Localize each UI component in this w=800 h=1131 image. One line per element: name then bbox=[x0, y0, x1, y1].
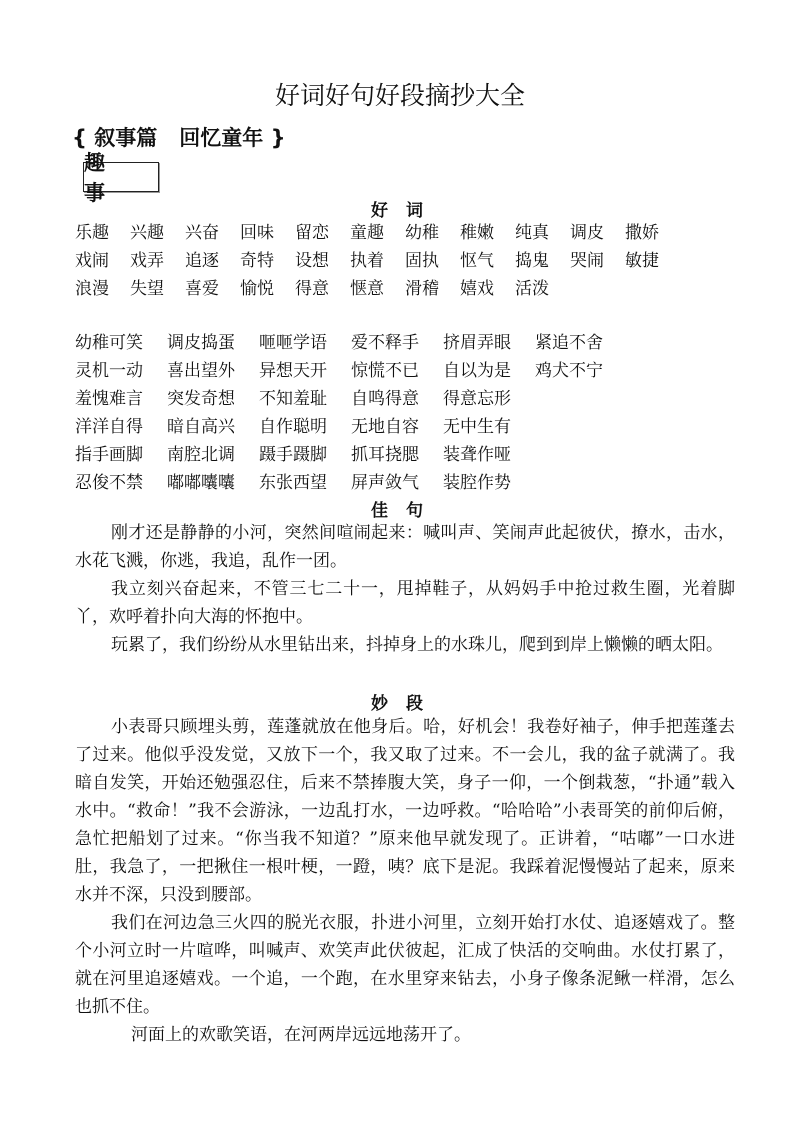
good-words-grid: 乐趣兴趣兴奋回味留恋童趣幼稚稚嫩纯真调皮撒娇戏闹戏弄追逐奇特设想执着固执怄气捣鬼… bbox=[75, 219, 680, 303]
good-paragraphs: 小表哥只顾埋头剪，莲蓬就放在他身后。哈，好机会！我卷好袖子，伸手把莲蓬去了过来。… bbox=[75, 713, 735, 1049]
word-row: 洋洋自得暗自高兴自作聪明无地自容无中生有 bbox=[75, 413, 627, 441]
word-row: 戏闹戏弄追逐奇特设想执着固执怄气捣鬼哭闹敏捷 bbox=[75, 247, 680, 275]
word-item: 设想 bbox=[295, 247, 350, 275]
word-row: 幼稚可笑调皮捣蛋咂咂学语爱不释手挤眉弄眼紧追不舍 bbox=[75, 329, 627, 357]
word-item: 蹑手蹑脚 bbox=[259, 441, 351, 469]
topic-label-box: 趣 事 bbox=[83, 162, 159, 192]
sentence-paragraph: 玩累了，我们纷纷从水里钻出来，抖掉身上的水珠儿，爬到到岸上懒懒的晒太阳。 bbox=[75, 631, 735, 659]
word-item: 失望 bbox=[130, 275, 185, 303]
word-item: 突发奇想 bbox=[167, 385, 259, 413]
word-item: 乐趣 bbox=[75, 219, 130, 247]
word-item: 自作聪明 bbox=[259, 413, 351, 441]
word-item: 惬意 bbox=[350, 275, 405, 303]
word-item: 奇特 bbox=[240, 247, 295, 275]
good-paragraphs-heading: 妙 段 bbox=[0, 689, 800, 714]
word-item: 灵机一动 bbox=[75, 357, 167, 385]
word-item: 装聋作哑 bbox=[443, 441, 535, 469]
word-item: 戏弄 bbox=[130, 247, 185, 275]
word-item: 咂咂学语 bbox=[259, 329, 351, 357]
word-item: 幼稚 bbox=[405, 219, 460, 247]
word-item: 追逐 bbox=[185, 247, 240, 275]
word-item: 无中生有 bbox=[443, 413, 535, 441]
word-item: 兴趣 bbox=[130, 219, 185, 247]
word-item: 装腔作势 bbox=[443, 469, 535, 497]
word-item: 滑稽 bbox=[405, 275, 460, 303]
word-item: 嘟嘟囔囔 bbox=[167, 469, 259, 497]
word-item: 执着 bbox=[350, 247, 405, 275]
word-row: 指手画脚南腔北调蹑手蹑脚抓耳挠腮装聋作哑 bbox=[75, 441, 627, 469]
word-item: 活泼 bbox=[515, 275, 570, 303]
idioms-grid: 幼稚可笑调皮捣蛋咂咂学语爱不释手挤眉弄眼紧追不舍灵机一动喜出望外异想天开惊慌不已… bbox=[75, 329, 627, 497]
section-theme: 回忆童年 bbox=[179, 126, 263, 150]
word-item: 得意忘形 bbox=[443, 385, 535, 413]
word-item: 敏捷 bbox=[625, 247, 680, 275]
word-item: 调皮 bbox=[570, 219, 625, 247]
word-item: 抓耳挠腮 bbox=[351, 441, 443, 469]
word-item: 戏闹 bbox=[75, 247, 130, 275]
excerpt-paragraph: 我们在河边急三火四的脱光衣服，扑进小河里，立刻开始打水仗、追逐嬉戏了。整个小河立… bbox=[75, 909, 735, 1021]
sentence-paragraph: 我立刻兴奋起来，不管三七二十一，甩掉鞋子，从妈妈手中抢过救生圈，光着脚丫，欢呼着… bbox=[75, 575, 735, 631]
word-row: 灵机一动喜出望外异想天开惊慌不已自以为是鸡犬不宁 bbox=[75, 357, 627, 385]
word-item: 捣鬼 bbox=[515, 247, 570, 275]
word-item: 紧追不舍 bbox=[535, 329, 627, 357]
word-item: 喜出望外 bbox=[167, 357, 259, 385]
word-item: 惊慌不已 bbox=[351, 357, 443, 385]
word-item: 羞愧难言 bbox=[75, 385, 167, 413]
word-item: 屏声敛气 bbox=[351, 469, 443, 497]
word-item: 挤眉弄眼 bbox=[443, 329, 535, 357]
word-item: 洋洋自得 bbox=[75, 413, 167, 441]
close-brace: } bbox=[271, 126, 286, 150]
word-row: 浪漫失望喜爱愉悦得意惬意滑稽嬉戏活泼 bbox=[75, 275, 680, 303]
good-sentences-heading: 佳 句 bbox=[0, 496, 800, 521]
sentence-paragraph: 刚才还是静静的小河，突然间喧闹起来：喊叫声、笑闹声此起彼伏，撩水，击水，水花飞溅… bbox=[75, 519, 735, 575]
word-item: 浪漫 bbox=[75, 275, 130, 303]
word-item: 幼稚可笑 bbox=[75, 329, 167, 357]
word-item: 自鸣得意 bbox=[351, 385, 443, 413]
word-item: 暗自高兴 bbox=[167, 413, 259, 441]
word-item: 不知羞耻 bbox=[259, 385, 351, 413]
word-item: 调皮捣蛋 bbox=[167, 329, 259, 357]
word-item: 哭闹 bbox=[570, 247, 625, 275]
word-item: 得意 bbox=[295, 275, 350, 303]
word-item: 撒娇 bbox=[625, 219, 680, 247]
word-item: 童趣 bbox=[350, 219, 405, 247]
word-row: 忍俊不禁嘟嘟囔囔东张西望屏声敛气装腔作势 bbox=[75, 469, 627, 497]
word-item: 喜爱 bbox=[185, 275, 240, 303]
word-item: 指手画脚 bbox=[75, 441, 167, 469]
word-item: 自以为是 bbox=[443, 357, 535, 385]
word-item: 固执 bbox=[405, 247, 460, 275]
word-item: 鸡犬不宁 bbox=[535, 357, 627, 385]
excerpt-paragraph: 小表哥只顾埋头剪，莲蓬就放在他身后。哈，好机会！我卷好袖子，伸手把莲蓬去了过来。… bbox=[75, 713, 735, 909]
excerpt-paragraph: 河面上的欢歌笑语，在河两岸远远地荡开了。 bbox=[75, 1021, 735, 1049]
word-item: 兴奋 bbox=[185, 219, 240, 247]
word-item: 怄气 bbox=[460, 247, 515, 275]
word-item: 回味 bbox=[240, 219, 295, 247]
document-title: 好词好句好段摘抄大全 bbox=[0, 76, 800, 112]
word-row: 羞愧难言突发奇想不知羞耻自鸣得意得意忘形 bbox=[75, 385, 627, 413]
word-item: 纯真 bbox=[515, 219, 570, 247]
word-item: 东张西望 bbox=[259, 469, 351, 497]
word-item: 嬉戏 bbox=[460, 275, 515, 303]
word-item: 稚嫩 bbox=[460, 219, 515, 247]
good-sentences: 刚才还是静静的小河，突然间喧闹起来：喊叫声、笑闹声此起彼伏，撩水，击水，水花飞溅… bbox=[75, 519, 735, 659]
word-item: 忍俊不禁 bbox=[75, 469, 167, 497]
word-item: 愉悦 bbox=[240, 275, 295, 303]
word-item: 异想天开 bbox=[259, 357, 351, 385]
good-words-heading: 好 词 bbox=[0, 196, 800, 221]
word-row: 乐趣兴趣兴奋回味留恋童趣幼稚稚嫩纯真调皮撒娇 bbox=[75, 219, 680, 247]
word-item: 无地自容 bbox=[351, 413, 443, 441]
word-item: 留恋 bbox=[295, 219, 350, 247]
word-item: 南腔北调 bbox=[167, 441, 259, 469]
word-item: 爱不释手 bbox=[351, 329, 443, 357]
